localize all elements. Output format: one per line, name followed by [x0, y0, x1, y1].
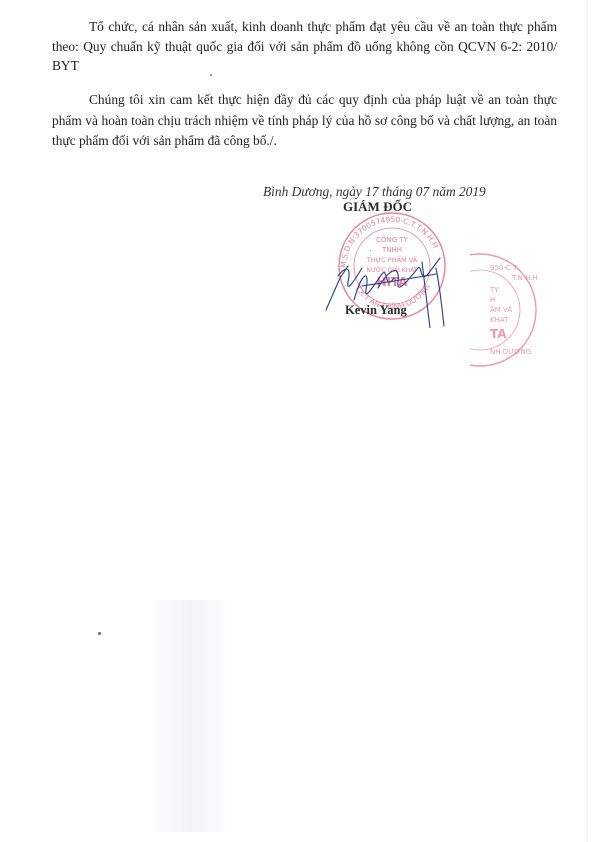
svg-text:TA: TA: [490, 327, 507, 341]
svg-text:KHÁT: KHÁT: [490, 315, 509, 324]
svg-text:H: H: [490, 296, 495, 304]
scan-speck: [98, 632, 101, 635]
svg-text:950-C.T.: 950-C.T.: [490, 264, 519, 272]
svg-text:ÂM VÀ: ÂM VÀ: [490, 305, 512, 314]
scan-speck: [370, 250, 371, 251]
document-page: Tổ chức, cá nhân sản xuất, kinh doanh th…: [0, 0, 596, 842]
svg-text:NH DƯƠNG: NH DƯƠNG: [490, 348, 531, 356]
scan-edge: [587, 0, 588, 842]
svg-text:T.N.H.H: T.N.H.H: [511, 274, 538, 282]
svg-text:TY: TY: [489, 286, 499, 294]
scan-shading: [150, 600, 230, 832]
signatory-name: Kevin Yang: [345, 303, 407, 318]
scan-speck: [210, 74, 212, 76]
compliance-paragraph: Tổ chức, cá nhân sản xuất, kinh doanh th…: [52, 17, 557, 76]
commitment-paragraph: Chúng tôi xin cam kết thực hiện đầy đủ c…: [52, 90, 557, 152]
place-date-line: Bình Dương, ngày 17 tháng 07 năm 2019: [263, 184, 486, 200]
partial-stamp-icon: 950-C.T. T.N.H.H TY H ÂM VÀ KHÁT TA NH D…: [470, 250, 596, 370]
